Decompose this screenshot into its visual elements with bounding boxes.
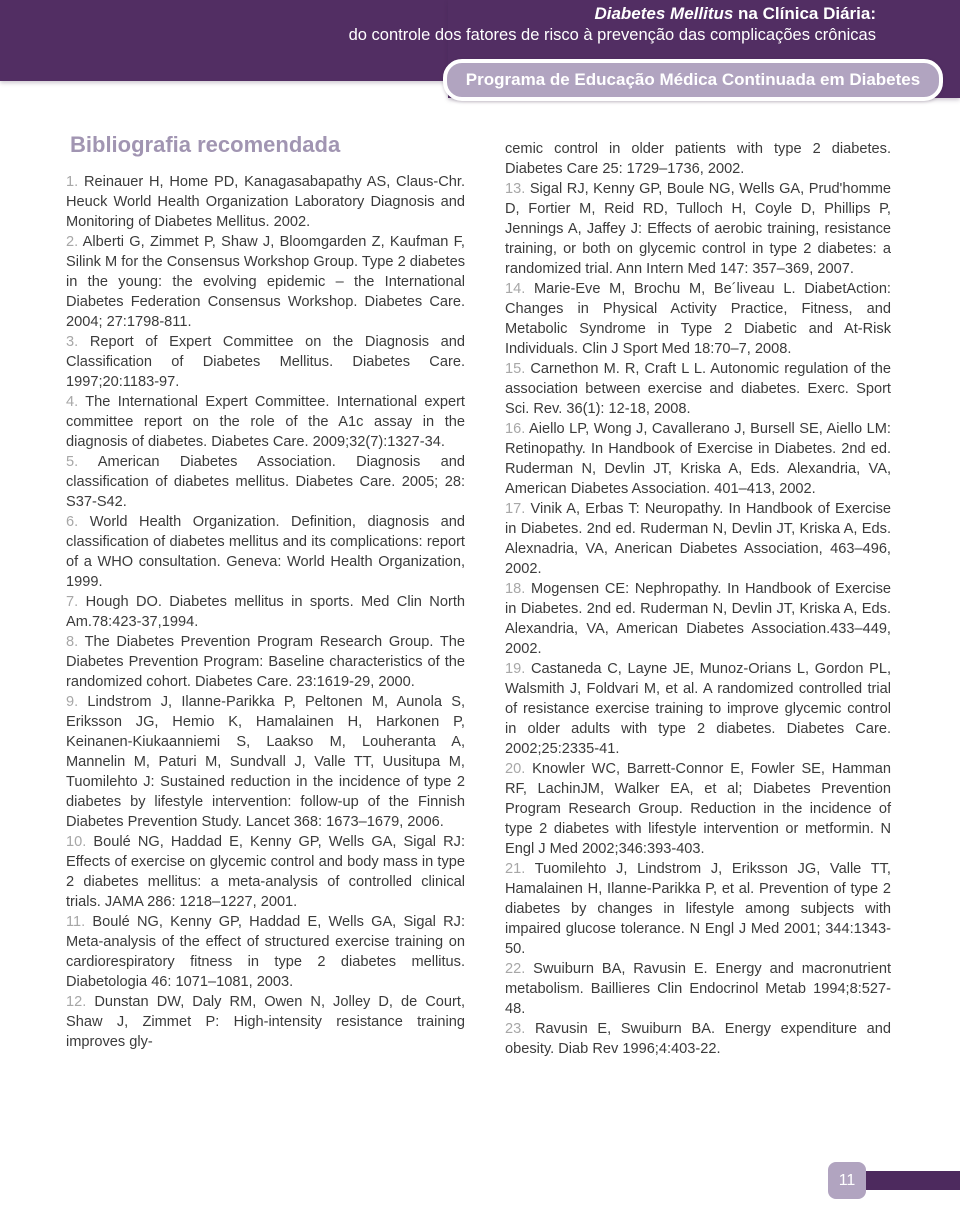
- reference-item: 21. Tuomilehto J, Lindstrom J, Eriksson …: [505, 859, 891, 959]
- reference-number: 21.: [505, 861, 535, 877]
- document-title: Diabetes Mellitus na Clínica Diária:: [349, 3, 876, 24]
- reference-text: Report of Expert Committee on the Diagno…: [66, 334, 465, 390]
- reference-text: Dunstan DW, Daly RM, Owen N, Jolley D, d…: [66, 994, 465, 1050]
- reference-number: 1.: [66, 174, 84, 190]
- reference-text: Swuiburn BA, Ravusin E. Energy and macro…: [505, 961, 891, 1017]
- reference-number: 4.: [66, 394, 85, 410]
- document-title-rest: na Clínica Diária:: [733, 4, 876, 23]
- reference-number: 10.: [66, 834, 93, 850]
- reference-text: The Diabetes Prevention Program Research…: [66, 634, 465, 690]
- reference-text: Boulé NG, Haddad E, Kenny GP, Wells GA, …: [66, 834, 465, 910]
- reference-number: 5.: [66, 454, 98, 470]
- reference-number: 17.: [505, 501, 531, 517]
- right-column-refs: 13. Sigal RJ, Kenny GP, Boule NG, Wells …: [505, 179, 891, 1059]
- reference-number: 6.: [66, 514, 90, 530]
- reference-continuation: cemic control in older patients with typ…: [505, 139, 891, 179]
- document-title-block: Diabetes Mellitus na Clínica Diária: do …: [349, 3, 876, 46]
- reference-number: 22.: [505, 961, 533, 977]
- reference-item: 19. Castaneda C, Layne JE, Munoz-Orians …: [505, 659, 891, 759]
- reference-text: Vinik A, Erbas T: Neuropathy. In Handboo…: [505, 501, 891, 577]
- reference-text: Lindstrom J, Ilanne-Parikka P, Peltonen …: [66, 694, 465, 830]
- reference-number: 12.: [66, 994, 94, 1010]
- reference-item: 13. Sigal RJ, Kenny GP, Boule NG, Wells …: [505, 179, 891, 279]
- reference-item: 15. Carnethon M. R, Craft L L. Autonomic…: [505, 359, 891, 419]
- reference-number: 23.: [505, 1021, 535, 1037]
- document-page: Diabetes Mellitus na Clínica Diária: do …: [0, 0, 960, 1205]
- reference-item: 8. The Diabetes Prevention Program Resea…: [66, 632, 465, 692]
- reference-number: 14.: [505, 281, 534, 297]
- reference-item: 5. American Diabetes Association. Diagno…: [66, 452, 465, 512]
- reference-number: 2.: [66, 234, 83, 250]
- left-column-refs: 1. Reinauer H, Home PD, Kanagasabapathy …: [66, 172, 465, 1052]
- reference-text: World Health Organization. Definition, d…: [66, 514, 465, 590]
- reference-text: Hough DO. Diabetes mellitus in sports. M…: [66, 594, 465, 630]
- reference-text: Ravusin E, Swuiburn BA. Energy expenditu…: [505, 1021, 891, 1057]
- reference-text: Tuomilehto J, Lindstrom J, Eriksson JG, …: [505, 861, 891, 957]
- reference-item: 6. World Health Organization. Definition…: [66, 512, 465, 592]
- reference-number: 3.: [66, 334, 90, 350]
- reference-number: 18.: [505, 581, 531, 597]
- reference-item: 12. Dunstan DW, Daly RM, Owen N, Jolley …: [66, 992, 465, 1052]
- reference-text: Alberti G, Zimmet P, Shaw J, Bloomgarden…: [66, 234, 465, 330]
- reference-item: 3. Report of Expert Committee on the Dia…: [66, 332, 465, 392]
- reference-continuation-text: cemic control in older patients with typ…: [505, 141, 891, 177]
- reference-text: Reinauer H, Home PD, Kanagasabapathy AS,…: [66, 174, 465, 230]
- reference-number: 11.: [66, 914, 92, 930]
- reference-item: 16. Aiello LP, Wong J, Cavallerano J, Bu…: [505, 419, 891, 499]
- reference-text: Carnethon M. R, Craft L L. Autonomic reg…: [505, 361, 891, 417]
- reference-item: 9. Lindstrom J, Ilanne-Parikka P, Pelton…: [66, 692, 465, 832]
- reference-number: 7.: [66, 594, 86, 610]
- reference-text: Boulé NG, Kenny GP, Haddad E, Wells GA, …: [66, 914, 465, 990]
- reference-number: 19.: [505, 661, 531, 677]
- reference-text: Marie-Eve M, Brochu M, Be´liveau L. Diab…: [505, 281, 891, 357]
- reference-item: 22. Swuiburn BA, Ravusin E. Energy and m…: [505, 959, 891, 1019]
- page-number: 11: [839, 1172, 856, 1190]
- reference-text: Sigal RJ, Kenny GP, Boule NG, Wells GA, …: [505, 181, 891, 277]
- reference-number: 20.: [505, 761, 532, 777]
- reference-number: 9.: [66, 694, 87, 710]
- reference-number: 13.: [505, 181, 530, 197]
- bibliography-heading: Bibliografia recomendada: [70, 132, 340, 158]
- footer-bar: [860, 1171, 960, 1190]
- column-right: cemic control in older patients with typ…: [505, 139, 891, 1059]
- reference-text: Knowler WC, Barrett-Connor E, Fowler SE,…: [505, 761, 891, 857]
- reference-item: 2. Alberti G, Zimmet P, Shaw J, Bloomgar…: [66, 232, 465, 332]
- reference-item: 4. The International Expert Committee. I…: [66, 392, 465, 452]
- reference-text: The International Expert Committee. Inte…: [66, 394, 465, 450]
- program-badge-label: Programa de Educação Médica Continuada e…: [466, 70, 920, 90]
- reference-text: Mogensen CE: Nephropathy. In Handbook of…: [505, 581, 891, 657]
- reference-text: Castaneda C, Layne JE, Munoz-Orians L, G…: [505, 661, 891, 757]
- reference-item: 11. Boulé NG, Kenny GP, Haddad E, Wells …: [66, 912, 465, 992]
- reference-item: 20. Knowler WC, Barrett-Connor E, Fowler…: [505, 759, 891, 859]
- document-subtitle: do controle dos fatores de risco à preve…: [349, 25, 876, 46]
- page-number-badge: 11: [828, 1162, 866, 1199]
- reference-number: 8.: [66, 634, 85, 650]
- column-left: 1. Reinauer H, Home PD, Kanagasabapathy …: [66, 172, 465, 1052]
- reference-item: 18. Mogensen CE: Nephropathy. In Handboo…: [505, 579, 891, 659]
- reference-text: Aiello LP, Wong J, Cavallerano J, Bursel…: [505, 421, 891, 497]
- reference-item: 14. Marie-Eve M, Brochu M, Be´liveau L. …: [505, 279, 891, 359]
- reference-item: 1. Reinauer H, Home PD, Kanagasabapathy …: [66, 172, 465, 232]
- reference-number: 15.: [505, 361, 530, 377]
- program-badge: Programa de Educação Médica Continuada e…: [443, 59, 943, 101]
- reference-number: 16.: [505, 421, 529, 437]
- document-title-italic: Diabetes Mellitus: [594, 4, 733, 23]
- reference-item: 10. Boulé NG, Haddad E, Kenny GP, Wells …: [66, 832, 465, 912]
- reference-text: American Diabetes Association. Diagnosis…: [66, 454, 465, 510]
- reference-item: 23. Ravusin E, Swuiburn BA. Energy expen…: [505, 1019, 891, 1059]
- reference-item: 7. Hough DO. Diabetes mellitus in sports…: [66, 592, 465, 632]
- reference-item: 17. Vinik A, Erbas T: Neuropathy. In Han…: [505, 499, 891, 579]
